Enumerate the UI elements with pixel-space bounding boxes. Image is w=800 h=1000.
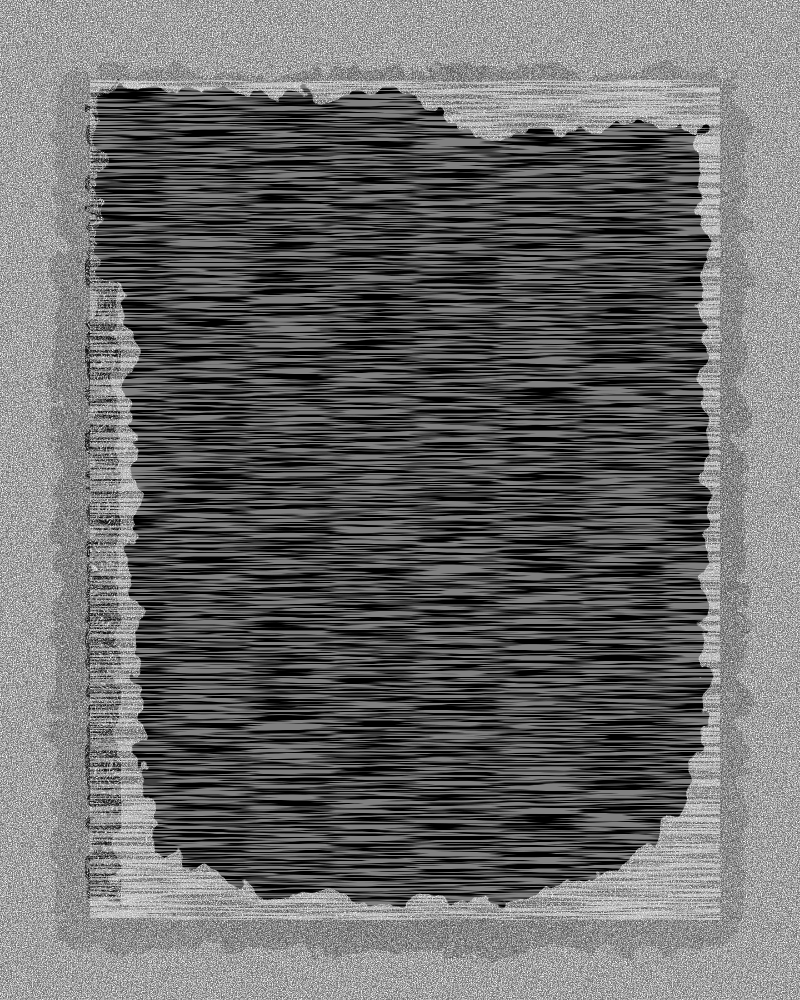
scratch-marks xyxy=(90,80,720,920)
grunge-texture-canvas xyxy=(0,0,800,1000)
chalk-block-texture xyxy=(0,0,800,1000)
